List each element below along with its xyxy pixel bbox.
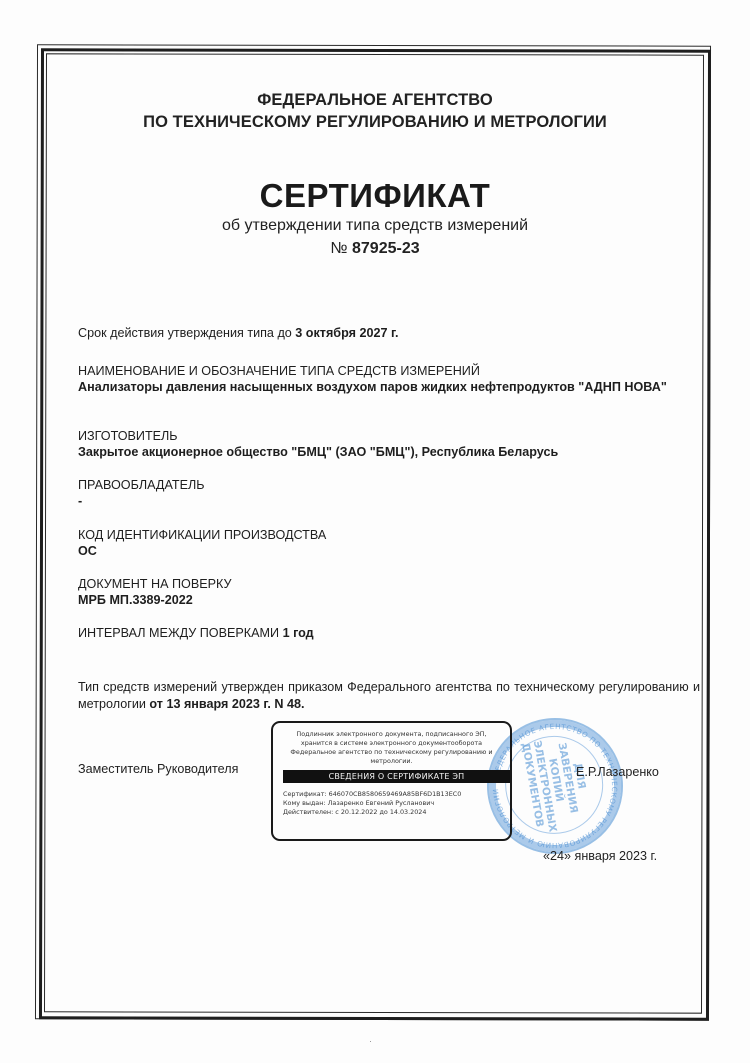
esig-note: Подлинник электронного документа, подпис… (273, 730, 510, 766)
signature-date: «24» января 2023 г. (543, 849, 657, 863)
rights-holder-label: ПРАВООБЛАДАТЕЛЬ (78, 477, 205, 494)
agency-name-line2: ПО ТЕХНИЧЕСКОМУ РЕГУЛИРОВАНИЮ И МЕТРОЛОГ… (0, 113, 750, 132)
interval-line: ИНТЕРВАЛ МЕЖДУ ПОВЕРКАМИ 1 год (78, 625, 314, 642)
esig-issued-to-row: Кому выдан: Лазаренко Евгений Русланович (283, 799, 461, 808)
esig-note-line: метрологии. (273, 757, 510, 766)
esig-issued-to-value: Лазаренко Евгений Русланович (328, 799, 435, 807)
esig-certificate-value: 646070CB8580659469A85BF6D1B13ЕС0 (329, 790, 462, 798)
signatory-name: Е.Р.Лазаренко (576, 765, 659, 779)
certificate-subtitle: об утверждении типа средств измерений (0, 217, 750, 235)
interval-value: 1 год (283, 626, 314, 640)
number-prefix: № (330, 240, 347, 257)
esig-note-line: Федеральное агентство по техническому ре… (273, 748, 510, 757)
approval-order: от 13 января 2023 г. N 48. (149, 697, 304, 711)
esig-valid-value: с 20.12.2022 до 14.03.2024 (335, 808, 426, 816)
scan-speck (370, 1041, 371, 1042)
esig-valid-label: Действителен: (283, 808, 333, 817)
rights-holder-value: - (78, 493, 82, 510)
validity-value: 3 октября 2027 г. (295, 326, 398, 340)
validity-label: Срок действия утверждения типа до (78, 326, 292, 340)
signatory-position: Заместитель Руководителя (78, 762, 238, 776)
esig-valid-row: Действителен: с 20.12.2022 до 14.03.2024 (283, 808, 461, 817)
certificate-number: № 87925-23 (0, 240, 750, 258)
manufacturer-label: ИЗГОТОВИТЕЛЬ (78, 428, 178, 445)
esig-note-line: хранится в системе электронного документ… (273, 739, 510, 748)
name-value: Анализаторы давления насыщенных воздухом… (78, 379, 693, 396)
esig-certificate-row: Сертификат: 646070CB8580659469A85BF6D1B1… (283, 790, 461, 799)
production-code-value: ОС (78, 543, 97, 560)
agency-name-line1: ФЕДЕРАЛЬНОЕ АГЕНТСТВО (0, 91, 750, 110)
electronic-signature-block: Подлинник электронного документа, подпис… (271, 721, 512, 841)
manufacturer-value: Закрытое акционерное общество "БМЦ" (ЗАО… (78, 444, 558, 461)
name-label: НАИМЕНОВАНИЕ И ОБОЗНАЧЕНИЕ ТИПА СРЕДСТВ … (78, 363, 480, 380)
verification-doc-value: МРБ МП.3389-2022 (78, 592, 193, 609)
esig-note-line: Подлинник электронного документа, подпис… (273, 730, 510, 739)
interval-label: ИНТЕРВАЛ МЕЖДУ ПОВЕРКАМИ (78, 626, 279, 640)
esig-header-band: СВЕДЕНИЯ О СЕРТИФИКАТЕ ЭП (283, 770, 510, 783)
approval-text: Тип средств измерений утвержден приказом… (78, 679, 700, 712)
certificate-title: СЕРТИФИКАТ (0, 177, 750, 215)
production-code-label: КОД ИДЕНТИФИКАЦИИ ПРОИЗВОДСТВА (78, 527, 326, 544)
esig-details: Сертификат: 646070CB8580659469A85BF6D1B1… (283, 790, 461, 817)
number-value: 87925-23 (352, 240, 420, 257)
esig-issued-to-label: Кому выдан: (283, 799, 326, 808)
validity-line: Срок действия утверждения типа до 3 октя… (78, 325, 398, 342)
esig-certificate-label: Сертификат: (283, 790, 327, 799)
verification-doc-label: ДОКУМЕНТ НА ПОВЕРКУ (78, 576, 232, 593)
